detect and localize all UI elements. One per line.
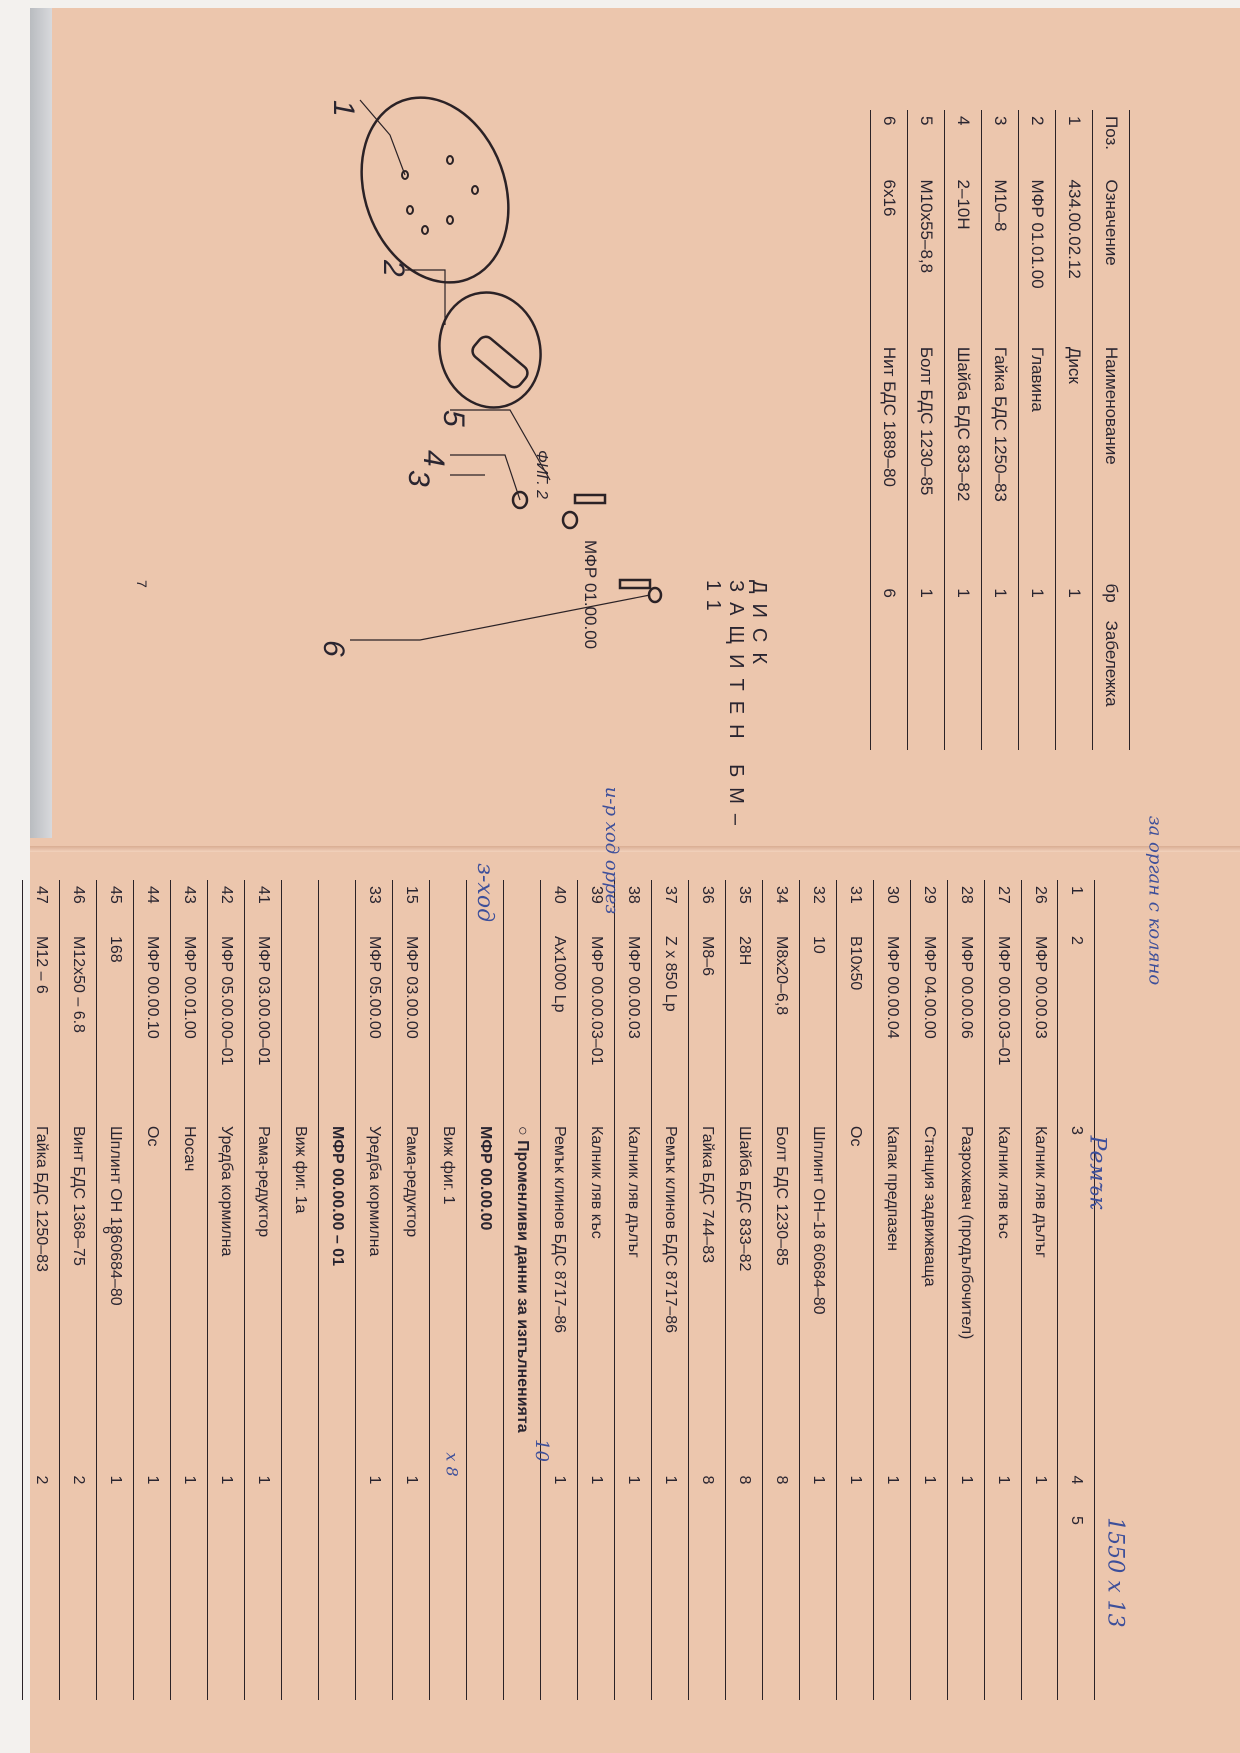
drawing-code: МФР 01.00.00 bbox=[580, 540, 600, 649]
table-row: 36М8–6Гайка БДС 744–838 bbox=[688, 880, 725, 1700]
cell-code: 10 bbox=[809, 930, 827, 1120]
note bbox=[1019, 615, 1056, 750]
cell-code: МФР 05.00.00 bbox=[365, 930, 383, 1120]
variant-code: МФР 00.00.00 bbox=[466, 880, 503, 1700]
pos: 4 bbox=[945, 110, 982, 174]
figure-label: ФИГ. 2 bbox=[532, 450, 550, 499]
cell-pos: 45 bbox=[106, 880, 124, 930]
cell-name: Уредба кормилна bbox=[365, 1120, 383, 1450]
cell-name: Ос bbox=[846, 1120, 864, 1450]
cell-code: Ах1000 Lp bbox=[550, 930, 568, 1120]
cell-name: МФР 00.00.00 – 01 bbox=[328, 1120, 346, 1450]
cell-name: МФР 00.00.00 bbox=[476, 1120, 494, 1450]
code: М10х55–8,8 bbox=[908, 174, 945, 341]
table-row: 3М10–8Гайка БДС 1250–831 bbox=[982, 110, 1019, 750]
table-row: 40Ах1000 LpРемък клинов БДС 8717–861 bbox=[540, 880, 577, 1700]
table-row: 47М12 – 6Гайка БДС 1250–832 bbox=[22, 880, 59, 1700]
callout-3: 3 bbox=[401, 470, 435, 487]
callout-5: 5 bbox=[436, 410, 470, 427]
code: 434.00.02.12 bbox=[1056, 174, 1093, 341]
name: Нит БДС 1889–80 bbox=[871, 341, 908, 572]
cell-name: Калник ляв дълъг bbox=[624, 1120, 642, 1450]
main-parts-rows: 26МФР 00.00.03Калник ляв дълъг127МФР 00.… bbox=[22, 880, 1095, 1700]
table-row: 33МФР 05.00.00Уредба кормилна1 bbox=[355, 880, 392, 1700]
cell-pos: 26 bbox=[1031, 880, 1049, 930]
cell-qty: 1 bbox=[587, 1450, 605, 1510]
table-row: 39МФР 00.00.03–01Калник ляв къс1 bbox=[577, 880, 614, 1700]
cell-pos: 37 bbox=[661, 880, 679, 930]
cell-name: Разрохквач (продълбочител) bbox=[957, 1120, 975, 1450]
cell-name: Виж фиг. 1 bbox=[439, 1120, 457, 1450]
note bbox=[1056, 615, 1093, 750]
cell-code: МФР 00.00.06 bbox=[957, 930, 975, 1120]
cell-name: Носач bbox=[180, 1120, 198, 1450]
cell-qty: 1 bbox=[1031, 1450, 1049, 1510]
code: МФР 01.01.00 bbox=[1019, 174, 1056, 341]
handwritten-note: и-р ход оррез bbox=[601, 787, 622, 914]
table-row: 46М12х50 – 6.8Винт БДС 1368–752 bbox=[59, 880, 96, 1700]
pos: 6 bbox=[871, 110, 908, 174]
table-row: 43МФР 00.01.00Носач1 bbox=[170, 880, 207, 1700]
cell-qty: 1 bbox=[143, 1450, 161, 1510]
exploded-drawing bbox=[260, 80, 680, 840]
cell-code: МФР 00.01.00 bbox=[180, 930, 198, 1120]
table-row: 44МФР 00.00.10Ос1 bbox=[133, 880, 170, 1700]
table-row: 26МФР 00.00.03Калник ляв дълъг1 bbox=[1021, 880, 1058, 1700]
pos: 3 bbox=[982, 110, 1019, 174]
cell-qty: 1 bbox=[624, 1450, 642, 1510]
table-row: 37Z х 850 LpРемък клинов БДС 8717–861 bbox=[651, 880, 688, 1700]
note bbox=[945, 615, 982, 750]
cell-qty: 1 bbox=[846, 1450, 864, 1510]
cell-qty: 8 bbox=[772, 1450, 790, 1510]
cell-qty: 2 bbox=[32, 1450, 50, 1510]
code: М10–8 bbox=[982, 174, 1019, 341]
cell-pos: 36 bbox=[698, 880, 716, 930]
cell-code: М8х20–6,8 bbox=[772, 930, 790, 1120]
cell-code: МФР 00.00.10 bbox=[143, 930, 161, 1120]
cell-name: Гайка БДС 744–83 bbox=[698, 1120, 716, 1450]
cell-name: Калник ляв къс bbox=[994, 1120, 1012, 1450]
cell-qty: 1 bbox=[809, 1450, 827, 1510]
table-header-row: Поз. Означение Наименование бр Забележка bbox=[1093, 110, 1130, 750]
cell-qty: 1 bbox=[920, 1450, 938, 1510]
cell-qty: 1 bbox=[883, 1450, 901, 1510]
cell-code: М12 – 6 bbox=[32, 930, 50, 1120]
table-row: 3210Шплинт ОН–18 60684–801 bbox=[799, 880, 836, 1700]
name: Диск bbox=[1056, 341, 1093, 572]
cell-code: 28Н bbox=[735, 930, 753, 1120]
pos: 1 bbox=[1056, 110, 1093, 174]
cell-pos: 41 bbox=[254, 880, 272, 930]
qty: 1 bbox=[908, 572, 945, 615]
table-row: 38МФР 00.00.03Калник ляв дълъг1 bbox=[614, 880, 651, 1700]
qty: 1 bbox=[1056, 572, 1093, 615]
cell-pos: 33 bbox=[365, 880, 383, 930]
section-heading: ○ Променливи данни за изпълненията bbox=[503, 880, 540, 1700]
cell-code: МФР 00.00.03 bbox=[624, 930, 642, 1120]
cell-pos: 32 bbox=[809, 880, 827, 930]
handwritten-note: з-ход bbox=[472, 863, 497, 922]
handwritten-note: Ремък bbox=[1084, 1136, 1109, 1210]
table-row: 27МФР 00.00.03–01Калник ляв къс1 bbox=[984, 880, 1021, 1700]
qty: 6 bbox=[871, 572, 908, 615]
cell-name: Болт БДС 1230–85 bbox=[772, 1120, 790, 1450]
cell-name: Капак предпазен bbox=[883, 1120, 901, 1450]
disk-parts-table: Поз. Означение Наименование бр Забележка… bbox=[870, 110, 1130, 750]
cell-qty: 1 bbox=[661, 1450, 679, 1510]
table-row: 66х16Нит БДС 1889–806 bbox=[871, 110, 908, 750]
cell-pos: 34 bbox=[772, 880, 790, 930]
cell-code: МФР 00.00.03 bbox=[1031, 930, 1049, 1120]
variant-code: МФР 00.00.00 – 01 bbox=[318, 880, 355, 1700]
handwritten-note: 1550 х 13 bbox=[1103, 1517, 1128, 1627]
cell-pos: 30 bbox=[883, 880, 901, 930]
note bbox=[871, 615, 908, 750]
cell-pos: 29 bbox=[920, 880, 938, 930]
table-row: 45168Шплинт ОН 1860684–801 bbox=[96, 880, 133, 1700]
cell-code: М8–6 bbox=[698, 930, 716, 1120]
cell-qty: 1 bbox=[957, 1450, 975, 1510]
col-name: Наименование bbox=[1093, 341, 1130, 572]
name: Шайба БДС 833–82 bbox=[945, 341, 982, 572]
cell-code: В10х50 bbox=[846, 930, 864, 1120]
cell-pos: 46 bbox=[69, 880, 87, 930]
code: 6х16 bbox=[871, 174, 908, 341]
cell-name: Виж фиг. 1а bbox=[291, 1120, 309, 1450]
cell-name: Уредба кормилна bbox=[217, 1120, 235, 1450]
note bbox=[982, 615, 1019, 750]
col-pos: Поз. bbox=[1093, 110, 1130, 174]
handwritten-note: за орган с коляно bbox=[1144, 816, 1165, 986]
cell-name: ○ Променливи данни за изпълненията bbox=[513, 1120, 531, 1450]
code: 2–10Н bbox=[945, 174, 982, 341]
cell-code: МФР 00.00.03–01 bbox=[587, 930, 605, 1120]
cell-code: МФР 03.00.00 bbox=[402, 930, 420, 1120]
cell-pos: 43 bbox=[180, 880, 198, 930]
cell-code: М12х50 – 6.8 bbox=[69, 930, 87, 1120]
table-row: 42МФР 05.00.00–01Уредба кормилна1 bbox=[207, 880, 244, 1700]
cell-pos: 27 bbox=[994, 880, 1012, 930]
cell-pos: 28 bbox=[957, 880, 975, 930]
cell-pos: 47 bbox=[32, 880, 50, 930]
qty: 1 bbox=[1019, 572, 1056, 615]
cell-code: МФР 00.00.04 bbox=[883, 930, 901, 1120]
table-row: 15МФР 03.00.00Рама-редуктор1 bbox=[392, 880, 429, 1700]
cell-qty: 1 bbox=[550, 1450, 568, 1510]
table-row: 31В10х50Ос1 bbox=[836, 880, 873, 1700]
disk-parts-table-wrapper: Поз. Означение Наименование бр Забележка… bbox=[870, 110, 1130, 750]
table-row: 29МФР 04.00.00Станция задвижваща1 bbox=[910, 880, 947, 1700]
pos: 2 bbox=[1019, 110, 1056, 174]
callout-1: 1 bbox=[326, 100, 360, 117]
table-row: 1434.00.02.12Диск1 bbox=[1056, 110, 1093, 750]
cell-qty: 8 bbox=[698, 1450, 716, 1510]
cell-name: Станция задвижваща bbox=[920, 1120, 938, 1450]
cell-qty: 2 bbox=[69, 1450, 87, 1510]
cell-name: Шайба БДС 833–82 bbox=[735, 1120, 753, 1450]
variant-ref: Виж фиг. 1 bbox=[429, 880, 466, 1700]
cell-code: МФР 03.00.00–01 bbox=[254, 930, 272, 1120]
cell-code: Z х 850 Lp bbox=[661, 930, 679, 1120]
cell-pos: 15 bbox=[402, 880, 420, 930]
cell-qty: 1 bbox=[180, 1450, 198, 1510]
table-row: 3528НШайба БДС 833–828 bbox=[725, 880, 762, 1700]
cell-pos: 42 bbox=[217, 880, 235, 930]
cell-qty: 1 bbox=[994, 1450, 1012, 1510]
cell-name: Ремък клинов БДС 8717–86 bbox=[661, 1120, 679, 1450]
qty: 1 bbox=[982, 572, 1019, 615]
cell-name: Шплинт ОН 1860684–80 bbox=[106, 1120, 124, 1450]
col-qty: бр bbox=[1093, 572, 1130, 615]
table-row: 5М10х55–8,8Болт БДС 1230–851 bbox=[908, 110, 945, 750]
binder-strip bbox=[30, 8, 52, 838]
handwritten-mark: х 8 bbox=[443, 1452, 462, 1476]
cell-name: Ремък клинов БДС 8717–86 bbox=[550, 1120, 568, 1450]
cell-qty: 1 bbox=[365, 1450, 383, 1510]
part-title: ДИСК ЗАЩИТЕН БМ–11 bbox=[701, 580, 770, 840]
variant-ref: Виж фиг. 1а bbox=[281, 880, 318, 1700]
callout-6: 6 bbox=[316, 640, 350, 657]
table-row: 42–10НШайба БДС 833–821 bbox=[945, 110, 982, 750]
name: Главина bbox=[1019, 341, 1056, 572]
cell-pos: 38 bbox=[624, 880, 642, 930]
cell-pos: 35 bbox=[735, 880, 753, 930]
cell-name: Шплинт ОН–18 60684–80 bbox=[809, 1120, 827, 1450]
table-row: 2МФР 01.01.00Главина1 bbox=[1019, 110, 1056, 750]
cell-name: Рама-редуктор bbox=[402, 1120, 420, 1450]
cell-qty: 1 bbox=[402, 1450, 420, 1510]
cell-name: Ос bbox=[143, 1120, 161, 1450]
cell-pos: 40 bbox=[550, 880, 568, 930]
table-row: 30МФР 00.00.04Капак предпазен1 bbox=[873, 880, 910, 1700]
pos: 5 bbox=[908, 110, 945, 174]
cell-name: Калник ляв къс bbox=[587, 1120, 605, 1450]
cell-qty: 8 bbox=[735, 1450, 753, 1510]
cell-qty: 1 bbox=[254, 1450, 272, 1510]
qty: 1 bbox=[945, 572, 982, 615]
cell-name: Винт БДС 1368–75 bbox=[69, 1120, 87, 1450]
cell-code: МФР 00.00.03–01 bbox=[994, 930, 1012, 1120]
table-row: 34М8х20–6,8Болт БДС 1230–858 bbox=[762, 880, 799, 1700]
page-fold bbox=[30, 846, 1240, 852]
cell-name: Калник ляв дълъг bbox=[1031, 1120, 1049, 1450]
cell-name: Рама-редуктор bbox=[254, 1120, 272, 1450]
cell-pos: 44 bbox=[143, 880, 161, 930]
callout-2: 2 bbox=[376, 260, 410, 277]
table-row: 28МФР 00.00.06Разрохквач (продълбочител)… bbox=[947, 880, 984, 1700]
table-row: 41МФР 03.00.00–01Рама-редуктор1 bbox=[244, 880, 281, 1700]
name: Болт БДС 1230–85 bbox=[908, 341, 945, 572]
cell-pos: 31 bbox=[846, 880, 864, 930]
col-code: Означение bbox=[1093, 174, 1130, 341]
cell-qty: 1 bbox=[217, 1450, 235, 1510]
col-note: Забележка bbox=[1093, 615, 1130, 750]
cell-code: МФР 05.00.00–01 bbox=[217, 930, 235, 1120]
page-number: 7 bbox=[134, 580, 150, 588]
cell-code: 168 bbox=[106, 930, 124, 1120]
name: Гайка БДС 1250–83 bbox=[982, 341, 1019, 572]
handwritten-mark: 10 bbox=[531, 1439, 552, 1462]
callout-4: 4 bbox=[416, 450, 450, 467]
cell-code: МФР 04.00.00 bbox=[920, 930, 938, 1120]
note bbox=[908, 615, 945, 750]
cell-name: Гайка БДС 1250–83 bbox=[32, 1120, 50, 1450]
cell-qty: 1 bbox=[106, 1450, 124, 1510]
